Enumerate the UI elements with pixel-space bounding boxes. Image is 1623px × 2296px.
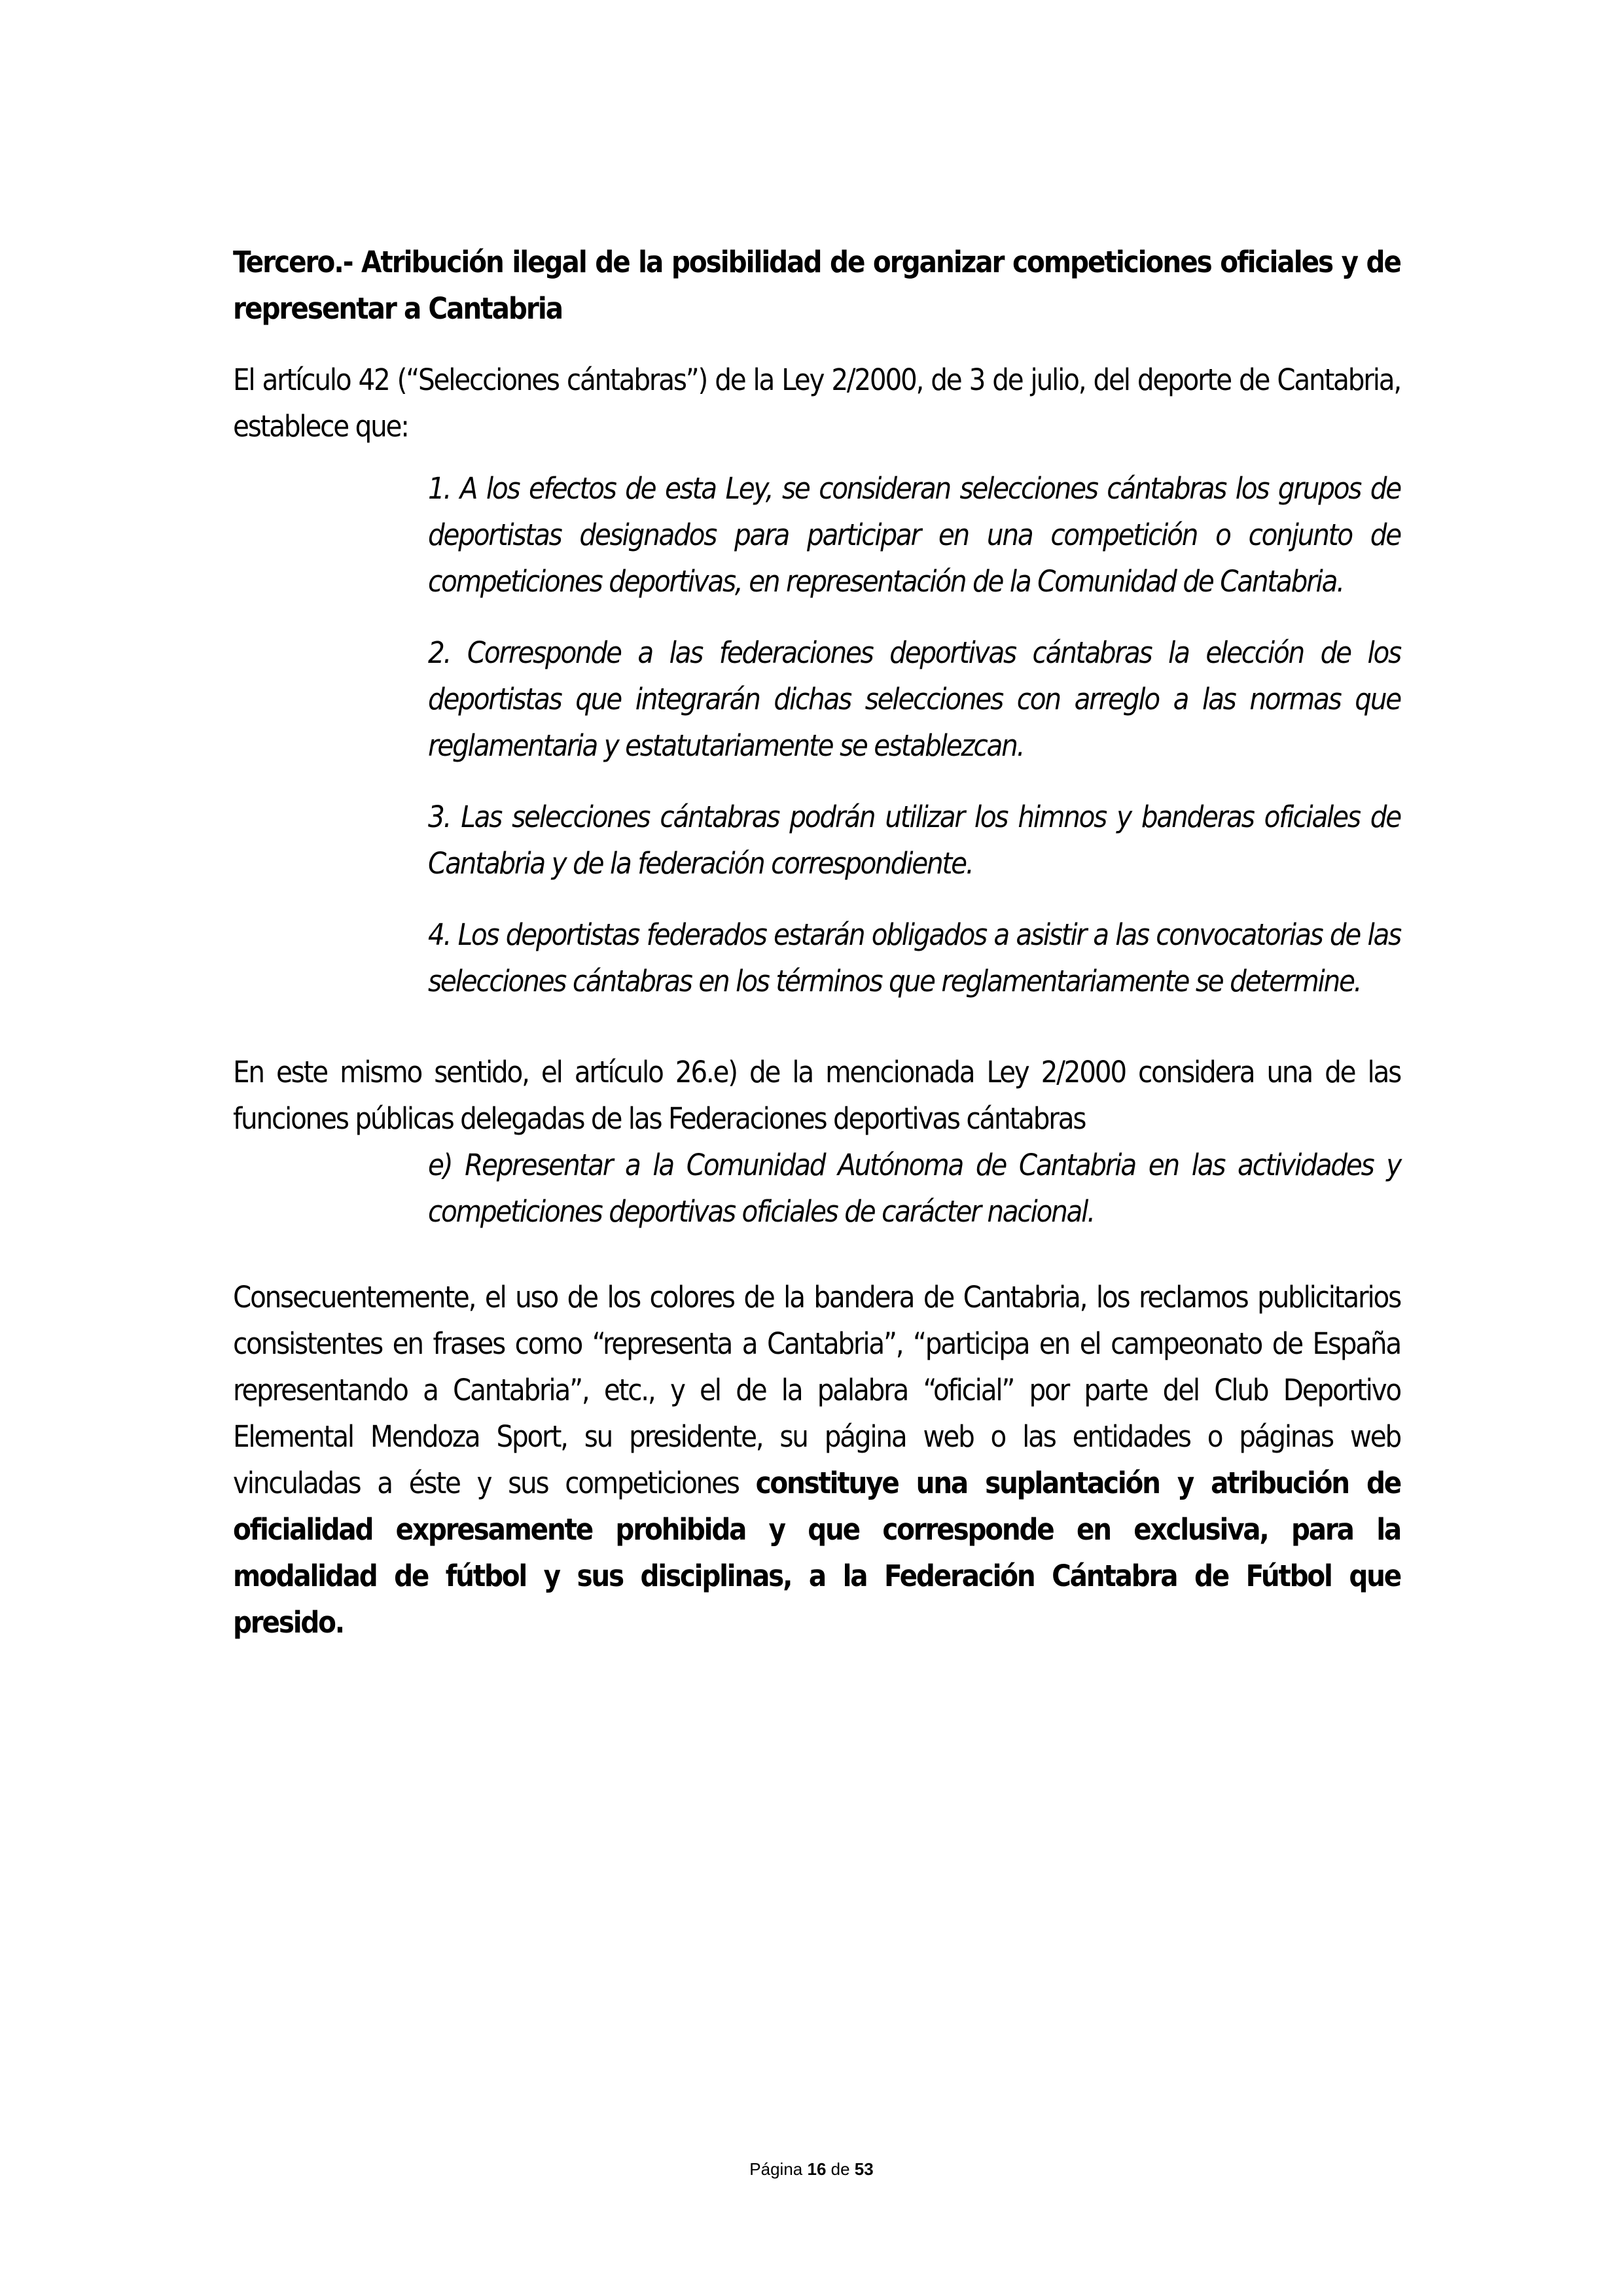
total-pages-number: 53 — [855, 2159, 874, 2179]
article-42-quote: 1. A los efectos de esta Ley, se conside… — [428, 465, 1400, 1004]
intro-paragraph: El artículo 42 (“Selecciones cántabras”)… — [233, 357, 1400, 450]
conclusion-paragraph: Consecuentemente, el uso de los colores … — [233, 1274, 1400, 1646]
current-page-number: 16 — [807, 2159, 826, 2179]
article-26-quote: e) Representar a la Comunidad Autónoma d… — [428, 1142, 1400, 1235]
article-26-paragraph: En este mismo sentido, el artículo 26.e)… — [233, 1049, 1400, 1142]
article-42-item-4: 4. Los deportistas federados estarán obl… — [428, 911, 1400, 1004]
article-42-item-2: 2. Corresponde a las federaciones deport… — [428, 629, 1400, 769]
article-42-item-3: 3. Las selecciones cántabras podrán util… — [428, 794, 1400, 887]
page-footer: Página 16 de 53 — [0, 2159, 1623, 2180]
page-label: Página — [749, 2159, 802, 2179]
article-26-item-e: e) Representar a la Comunidad Autónoma d… — [428, 1142, 1400, 1235]
article-42-item-1: 1. A los efectos de esta Ley, se conside… — [428, 465, 1400, 605]
document-page: Tercero.- Atribución ilegal de la posibi… — [233, 239, 1400, 1646]
section-heading: Tercero.- Atribución ilegal de la posibi… — [233, 239, 1400, 332]
page-separator: de — [831, 2159, 850, 2179]
